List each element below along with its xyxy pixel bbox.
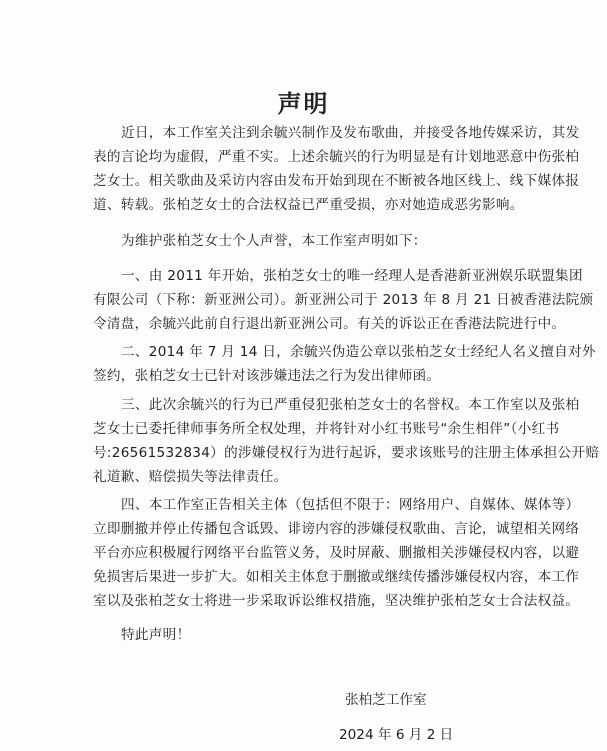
issuer-name: 张柏芝工作室 [345,688,427,708]
paragraph-closing: 特此声明！ [93,623,517,647]
text-line: 礼道歉、赔偿损失等法律责任。 [93,465,517,489]
text-line: 免损害后果进一步扩大。如相关主体怠于删撤或继续传播涉嫌侵权内容，本工作 [93,565,517,589]
text-line: 道、转载。张柏芝女士的合法权益已严重受损，亦对她造成恶劣影响。 [93,193,517,217]
paragraph-intro: 近日，本工作室关注到余毓兴制作及发布歌曲，并接受各地传媒采访，其发 表的言论均为… [93,121,517,217]
text-line: 签约，张柏芝女士已针对该涉嫌违法之行为发出律师函。 [93,364,517,388]
paragraph-point-3: 三、此次余毓兴的行为已严重侵犯张柏芝女士的名誉权。本工作室以及张柏 芝女士已委托… [93,393,517,489]
page-title: 声明 [0,84,607,119]
paragraph-point-4: 四、本工作室正告相关主体（包括但不限于：网络用户、自媒体、媒体等） 立即删撤并停… [93,493,517,613]
text-line: 特此声明！ [93,623,517,647]
text-line: 有限公司（下称：新亚洲公司）。新亚洲公司于 2013 年 8 月 21 日被香港… [93,288,517,312]
paragraph-point-2: 二、2014 年 7 月 14 日，余毓兴伪造公章以张柏芝女士经纪人名义擅自对外… [93,340,517,388]
text-line: 号:2656153283­4）的涉嫌侵权行为进行起诉，要求该账号的注册主体承担公… [93,441,517,465]
text-line: 三、此次余毓兴的行为已严重侵犯张柏芝女士的名誉权。本工作室以及张柏 [93,393,517,417]
text-line: 芝女士已委托律师事务所全权处理，并将针对小红书账号“余生相伴”（小红书 [93,417,517,441]
text-line: 令清盘，余毓兴此前自行退出新亚洲公司。有关的诉讼正在香港法院进行中。 [93,312,517,336]
text-line: 二、2014 年 7 月 14 日，余毓兴伪造公章以张柏芝女士经纪人名义擅自对外 [93,340,517,364]
paragraph-point-1: 一、由 2011 年开始，张柏芝女士的唯一经理人是香港新亚洲娱乐联盟集团 有限公… [93,264,517,336]
text-line: 芝女士。相关歌曲及采访内容由发布开始到现在不断被各地区线上、线下媒体报 [93,169,517,193]
text-line: 四、本工作室正告相关主体（包括但不限于：网络用户、自媒体、媒体等） [93,493,517,517]
paragraph-declaration-lead: 为维护张柏芝女士个人声誉，本工作室声明如下： [93,229,517,253]
text-line: 近日，本工作室关注到余毓兴制作及发布歌曲，并接受各地传媒采访，其发 [93,121,517,145]
text-line: 室以及张柏芝女士将进一步采取诉讼维权措施，坚决维护张柏芝女士合法权益。 [93,589,517,613]
statement-page: 声明 近日，本工作室关注到余毓兴制作及发布歌曲，并接受各地传媒采访，其发 表的言… [0,0,607,751]
text-line: 平台亦应积极履行网络平台监管义务，及时屏蔽、删撤相关涉嫌侵权内容，以避 [93,541,517,565]
text-line: 为维护张柏芝女士个人声誉，本工作室声明如下： [93,229,517,253]
text-line: 立即删撤并停止传播包含诋毁、诽谤内容的涉嫌侵权歌曲、言论，诚望相关网络 [93,517,517,541]
text-line: 一、由 2011 年开始，张柏芝女士的唯一经理人是香港新亚洲娱乐联盟集团 [93,264,517,288]
issue-date: 2024 年 6 月 2 日 [339,723,453,743]
text-line: 表的言论均为虚假，严重不实。上述余毓兴的行为明显是有计划地恶意中伤张柏 [93,145,517,169]
